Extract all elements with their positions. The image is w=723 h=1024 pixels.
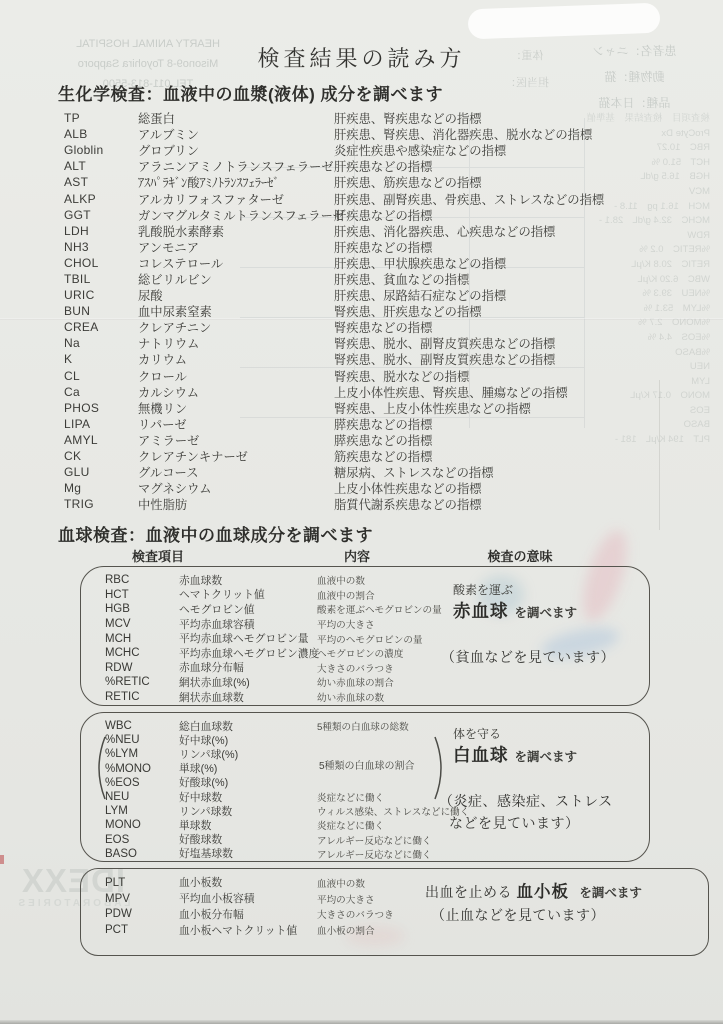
name-cell: 好中球(%) [179,733,317,748]
section-heading-biochem: 生化学検査：血液中の血漿(液体) 成分を調べます [58,80,443,105]
code-cell: MONO [105,819,179,831]
wbc-meaning: 白血球を調べます [453,742,577,767]
content-cell: アレルギー反応などに働く [317,833,643,847]
table-row: ALBアルブミン肝疾患、腎疾患、消化器疾患、脱水などの指標 [64,126,704,142]
code-cell: TP [64,111,138,125]
name-cell: ヘモグロビン値 [179,602,317,617]
table-row: TRIG中性脂肪脂質代謝系疾患などの指標 [64,496,704,512]
rbc-meaning-note: （貧血などを見ています） [441,647,615,667]
table-row: WBC総白血球数5種類の白血球の総数 [105,719,643,733]
content-cell: 幼い赤血球の数 [317,690,643,704]
table-row: EOS好酸球数アレルギー反応などに働く [105,833,643,847]
code-cell: MCV [105,618,179,630]
name-cell: 血小板分布幅 [179,907,317,922]
rbc-rows: RBC赤血球数血液中の数HCTヘマトクリット値血液中の割合HGBヘモグロビン値酸… [105,573,643,704]
name-cell: 赤血球数 [179,573,317,588]
code-cell: BUN [64,304,138,318]
code-cell: %LYM [105,748,179,760]
table-row: PHOS無機リン腎疾患、上皮小体性疾患などの指標 [64,400,704,416]
table-row: RETIC網状赤血球数幼い赤血球の数 [105,690,643,705]
name-cell: リンパ球数 [179,804,317,819]
group-bracket-left [91,735,107,801]
redaction-blob [468,3,661,40]
code-cell: AST [64,175,138,189]
rbc-meaning-suffix: を調べます [515,606,578,620]
table-row: Mgマグネシウム上皮小体性疾患などの指標 [64,480,704,496]
rbc-meaning-keyword: 赤血球 [453,601,509,621]
plt-meaning: 出血を止める 血小板 を調べます [425,878,642,902]
rbc-box: RBC赤血球数血液中の数HCTヘマトクリット値血液中の割合HGBヘモグロビン値酸… [80,566,650,706]
table-row: PDW血小板分布幅大きさのバラつき [105,907,702,923]
plt-meaning-suffix: を調べます [579,886,642,900]
name-cell: 血小板ヘマトクリット値 [179,923,317,938]
code-cell: GLU [64,465,138,479]
edge-red-mark [0,855,4,864]
code-cell: URIC [64,288,138,302]
column-header-meaning: 検査の意味 [465,546,575,565]
code-cell: GGT [64,208,138,222]
code-cell: %MONO [105,763,179,775]
code-cell: LDH [64,224,138,238]
table-row: ALTアラニンアミノトランスフェラーゼ肝疾患などの指標 [64,158,704,174]
column-header-content: 内容 [322,546,392,565]
table-row: BUN血中尿素窒素腎疾患、肝疾患などの指標 [64,303,704,319]
page-title: 検査結果の読み方 [0,42,723,73]
plt-meaning-lead: 出血を止める [425,884,512,900]
code-cell: HCT [105,589,179,601]
code-cell: ALB [64,127,138,141]
code-cell: CHOL [64,256,138,270]
name-cell: 平均赤血球ヘモグロビン量 [179,631,317,646]
code-cell: HGB [105,603,179,615]
name-cell: 平均赤血球ヘモグロビン濃度 [179,646,317,661]
column-header-item: 検査項目 [118,546,198,565]
name-cell: 赤血球分布幅 [179,660,317,675]
name-cell: 網状赤血球(%) [179,675,317,690]
table-row: AMYLアミラーゼ膵疾患などの指標 [64,432,704,448]
table-row: LIPAリパーゼ膵疾患などの指標 [64,416,704,432]
table-row: RBC赤血球数血液中の数 [105,573,643,588]
table-row: LDH乳酸脱水素酵素肝疾患、消化器疾患、心疾患などの指標 [64,223,704,239]
content-cell: アレルギー反応などに働く [317,847,643,861]
table-row: NH3アンモニア肝疾患などの指標 [64,239,704,255]
code-cell: WBC [105,720,179,732]
table-row: TBIL総ビリルビン肝疾患、貧血などの指標 [64,271,704,287]
wbc-meaning-suffix: を調べます [515,750,578,764]
biochem-table: TP総蛋白肝疾患、腎疾患などの指標ALBアルブミン肝疾患、腎疾患、消化器疾患、脱… [64,110,704,512]
code-cell: TBIL [64,272,138,286]
table-row: GGTガンマグルタミルトランスフェラーゼ肝疾患などの指標 [64,207,704,223]
table-row: CREAクレアチニン腎疾患などの指標 [64,319,704,335]
scan-bottom-edge [0,1020,723,1024]
name-cell: 好酸球数 [179,832,317,847]
code-cell: Na [64,336,138,350]
table-row: MCH平均赤血球ヘモグロビン量平均のヘモグロビンの量 [105,631,643,646]
name-cell: リンパ球(%) [179,747,317,762]
wbc-meaning-note1: （炎症、感染症、ストレス [439,791,613,811]
code-cell: BASO [105,848,179,860]
code-cell: ALKP [64,192,138,206]
code-cell: PLT [105,877,179,889]
table-row: TP総蛋白肝疾患、腎疾患などの指標 [64,110,704,126]
code-cell: %RETIC [105,676,179,688]
code-cell: ALT [64,159,138,173]
code-cell: TRIG [64,497,138,511]
name-cell: 好塩基球数 [179,846,317,861]
table-row: GLUグルコース糖尿病、ストレスなどの指標 [64,464,704,480]
code-cell: Mg [64,481,138,495]
table-row: URIC尿酸肝疾患、尿路結石症などの指標 [64,287,704,303]
plt-meaning-keyword: 血小板 [516,883,569,901]
code-cell: EOS [105,834,179,846]
plt-meaning-note: （止血などを見ています） [431,905,605,925]
code-cell: CREA [64,320,138,334]
code-cell: AMYL [64,433,138,447]
content-cell: 平均のヘモグロビンの量 [317,632,643,646]
table-row: CLクロール腎疾患、脱水などの指標 [64,368,704,384]
name-cell: 血小板数 [179,875,317,890]
code-cell: RETIC [105,691,179,703]
table-row: Caカルシウム上皮小体性疾患、腎疾患、腫瘍などの指標 [64,384,704,400]
code-cell: RDW [105,662,179,674]
name-cell: 平均血小板容積 [179,891,317,906]
table-row: Naナトリウム腎疾患、脱水、副腎皮質疾患などの指標 [64,335,704,351]
wbc-group-label: 5種類の白血球の割合 [319,757,415,772]
table-row: ASTｱｽﾊﾟﾗｷﾞﾝ酸ｱﾐﾉﾄﾗﾝｽﾌｪﾗｰｾﾞ肝疾患、筋疾患などの指標 [64,174,704,190]
name-cell: 平均赤血球容積 [179,617,317,632]
content-cell: 血小板の割合 [317,923,702,937]
wbc-meaning-note2: などを見ています） [449,813,580,833]
code-cell: RBC [105,574,179,586]
name-cell: 単球(%) [179,761,317,776]
name-cell: 網状赤血球数 [179,690,317,705]
name-cell: ヘマトクリット値 [179,587,317,602]
wbc-rows: WBC総白血球数5種類の白血球の総数%NEU好中球(%)%LYMリンパ球(%)%… [105,719,643,861]
code-cell: K [64,352,138,366]
code-cell: Ca [64,385,138,399]
table-row: CKクレアチンキナーゼ筋疾患などの指標 [64,448,704,464]
code-cell: NEU [105,791,179,803]
section-heading-hematology: 血球検査：血液中の血球成分を調べます [58,521,373,546]
code-cell: LYM [105,805,179,817]
table-row: CHOLコレステロール肝疾患、甲状腺疾患などの指標 [64,255,704,271]
name-cell: 好中球数 [179,790,317,805]
table-row: PCT血小板ヘマトクリット値血小板の割合 [105,922,702,938]
name-cell: 総白血球数 [179,719,317,734]
wbc-box: WBC総白血球数5種類の白血球の総数%NEU好中球(%)%LYMリンパ球(%)%… [80,712,650,862]
code-cell: LIPA [64,417,138,431]
wbc-meaning-keyword: 白血球 [453,745,509,765]
code-cell: CK [64,449,138,463]
code-cell: PDW [105,908,179,920]
table-row: %EOS好酸球(%) [105,776,643,790]
content-cell: 幼い赤血球の割合 [317,675,643,689]
code-cell: PCT [105,924,179,936]
code-cell: MCH [105,633,179,645]
name-cell: 単球数 [179,818,317,833]
code-cell: %EOS [105,777,179,789]
code-cell: Globlin [64,143,138,157]
table-row: Globlinグロブリン炎症性疾患や感染症などの指標 [64,142,704,158]
rbc-meaning-lead: 酸素を運ぶ [453,581,513,598]
plt-box: PLT血小板数血液中の数MPV平均血小板容積平均の大きさPDW血小板分布幅大きさ… [80,868,709,956]
table-row: BASO好塩基球数アレルギー反応などに働く [105,847,643,861]
code-cell: MCHC [105,647,179,659]
code-cell: %NEU [105,734,179,746]
code-cell: NH3 [64,240,138,254]
name-cell: 中性脂肪 [138,495,334,513]
code-cell: PHOS [64,401,138,415]
rbc-meaning: 赤血球を調べます [453,598,577,623]
wbc-meaning-lead: 体を守る [453,725,501,742]
code-cell: MPV [105,893,179,905]
desc-cell: 脂質代謝系疾患などの指標 [334,495,704,513]
table-row: Kカリウム腎疾患、脱水、副腎皮質疾患などの指標 [64,351,704,367]
table-row: %RETIC網状赤血球(%)幼い赤血球の割合 [105,675,643,690]
table-row: ALKPアルカリフォスファターゼ肝疾患、副腎疾患、骨疾患、ストレスなどの指標 [64,190,704,206]
name-cell: 好酸球(%) [179,775,317,790]
code-cell: CL [64,369,138,383]
